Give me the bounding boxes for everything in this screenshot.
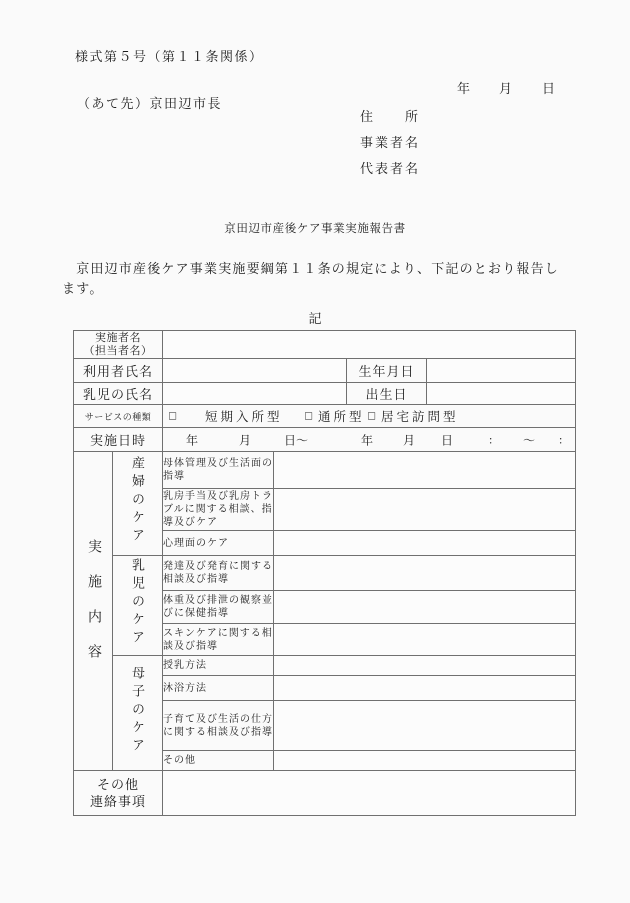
implementer-row: 実施者名 （担当者名） bbox=[74, 331, 576, 359]
datetime-row: 実施日時 年 月 日～ 年 月 日 : ～ : bbox=[74, 428, 576, 452]
implementer-label-line1: 実施者名 bbox=[74, 332, 162, 345]
item-childcare-advice-value bbox=[274, 701, 576, 751]
body-line-2: ます。 bbox=[62, 279, 578, 299]
dt-tilde: ～ bbox=[523, 431, 535, 448]
body-line-1: 京田辺市産後ケア事業実施要綱第１１条の規定により、下記のとおり報告し bbox=[62, 259, 578, 279]
datetime-label-cell: 実施日時 bbox=[74, 428, 163, 452]
other-notes-row: その他 連絡事項 bbox=[74, 771, 576, 816]
item-psychological-care: 心理面のケア bbox=[163, 531, 274, 556]
dt-month1: 月 bbox=[239, 431, 251, 448]
item-other-value bbox=[274, 751, 576, 771]
content-row-7: 母子のケア 授乳方法 bbox=[74, 656, 576, 676]
checkbox-short-stay-icon: □ bbox=[169, 409, 176, 424]
item-breast-care: 乳房手当及び乳房トラブルに関する相談、指導及びケア bbox=[163, 489, 274, 531]
user-name-row: 利用者氏名 生年月日 bbox=[74, 359, 576, 383]
representative-name-label: 代表者名 bbox=[360, 158, 420, 177]
content-row-1: 実施内容 産婦のケア 母体管理及び生活面の指導 bbox=[74, 452, 576, 489]
item-bathing: 沐浴方法 bbox=[163, 676, 274, 701]
content-row-4: 乳児のケア 発達及び発育に関する相談及び指導 bbox=[74, 556, 576, 591]
item-psychological-care-value bbox=[274, 531, 576, 556]
user-name-value-cell bbox=[163, 359, 347, 383]
dt-colon1: : bbox=[489, 432, 492, 447]
ki-marker: 記 bbox=[0, 308, 630, 327]
group-boshi-label: 母子のケア bbox=[128, 666, 147, 756]
date-day-label: 日 bbox=[542, 78, 555, 97]
group-nyuji-cell: 乳児のケア bbox=[113, 556, 163, 656]
option-short-stay-label: 短期入所型 bbox=[205, 407, 283, 425]
date-year-label: 年 bbox=[457, 78, 470, 97]
address-label: 住 所 bbox=[360, 106, 420, 125]
implementer-label-cell: 実施者名 （担当者名） bbox=[74, 331, 163, 359]
option-day-visit-label: 通所型 bbox=[318, 407, 365, 425]
service-type-label-cell: サービスの種類 bbox=[74, 405, 163, 428]
addressee: （あて先）京田辺市長 bbox=[77, 93, 222, 112]
document-title: 京田辺市産後ケア事業実施報告書 bbox=[0, 220, 630, 236]
content-label: 実施内容 bbox=[83, 539, 103, 679]
item-development-value bbox=[274, 556, 576, 591]
dt-day2: 日 bbox=[441, 431, 453, 448]
service-type-options-cell: □ 短期入所型 □ 通所型 □ 居宅訪問型 bbox=[163, 405, 576, 428]
birth-date-value-cell bbox=[427, 359, 576, 383]
date-month-label: 月 bbox=[499, 78, 512, 97]
content-label-cell: 実施内容 bbox=[74, 452, 113, 771]
item-breast-care-value bbox=[274, 489, 576, 531]
item-childcare-advice: 子育て及び生活の仕方に関する相談及び指導 bbox=[163, 701, 274, 751]
datetime-value-cell: 年 月 日～ 年 月 日 : ～ : bbox=[163, 428, 576, 452]
business-name-label: 事業者名 bbox=[360, 132, 420, 151]
dt-colon2: : bbox=[559, 432, 562, 447]
dt-month2: 月 bbox=[403, 431, 415, 448]
birth-date-label-cell: 生年月日 bbox=[347, 359, 427, 383]
item-maternal-care-value bbox=[274, 452, 576, 489]
group-nyuji-label: 乳児のケア bbox=[128, 558, 147, 648]
item-weight-excretion-value bbox=[274, 591, 576, 624]
service-type-row: サービスの種類 □ 短期入所型 □ 通所型 □ 居宅訪問型 bbox=[74, 405, 576, 428]
dt-day1: 日～ bbox=[284, 431, 308, 448]
dt-year2: 年 bbox=[361, 431, 373, 448]
item-bathing-value bbox=[274, 676, 576, 701]
implementer-value-cell bbox=[163, 331, 576, 359]
item-weight-excretion: 体重及び排泄の観察並びに保健指導 bbox=[163, 591, 274, 624]
item-development: 発達及び発育に関する相談及び指導 bbox=[163, 556, 274, 591]
item-maternal-care: 母体管理及び生活面の指導 bbox=[163, 452, 274, 489]
other-notes-label-line2: 連絡事項 bbox=[74, 793, 162, 810]
implementer-label-line2: （担当者名） bbox=[74, 345, 162, 358]
report-form-page: 様式第５号（第１１条関係） 年 月 日 （あて先）京田辺市長 住 所 事業者名 … bbox=[0, 0, 630, 903]
form-number: 様式第５号（第１１条関係） bbox=[75, 46, 264, 65]
option-home-visit-label: 居宅訪問型 bbox=[381, 407, 459, 425]
report-table: 実施者名 （担当者名） 利用者氏名 生年月日 乳児の氏名 出生日 サービスの種類… bbox=[73, 330, 576, 816]
item-breastfeeding-value bbox=[274, 656, 576, 676]
other-notes-label-cell: その他 連絡事項 bbox=[74, 771, 163, 816]
body-paragraph: 京田辺市産後ケア事業実施要綱第１１条の規定により、下記のとおり報告し ます。 bbox=[62, 259, 578, 299]
item-skin-care: スキンケアに関する相談及び指導 bbox=[163, 624, 274, 656]
infant-birth-value-cell bbox=[427, 383, 576, 405]
user-name-label-cell: 利用者氏名 bbox=[74, 359, 163, 383]
group-boshi-cell: 母子のケア bbox=[113, 656, 163, 771]
infant-name-label-cell: 乳児の氏名 bbox=[74, 383, 163, 405]
infant-name-row: 乳児の氏名 出生日 bbox=[74, 383, 576, 405]
infant-name-value-cell bbox=[163, 383, 347, 405]
item-other: その他 bbox=[163, 751, 274, 771]
dt-year1: 年 bbox=[186, 431, 198, 448]
checkbox-home-visit-icon: □ bbox=[368, 409, 375, 424]
group-sanpu-label: 産婦のケア bbox=[128, 456, 147, 546]
item-skin-care-value bbox=[274, 624, 576, 656]
checkbox-day-visit-icon: □ bbox=[305, 409, 312, 424]
item-breastfeeding: 授乳方法 bbox=[163, 656, 274, 676]
other-notes-label-line1: その他 bbox=[74, 776, 162, 793]
other-notes-value-cell bbox=[163, 771, 576, 816]
group-sanpu-cell: 産婦のケア bbox=[113, 452, 163, 556]
infant-birth-label-cell: 出生日 bbox=[347, 383, 427, 405]
